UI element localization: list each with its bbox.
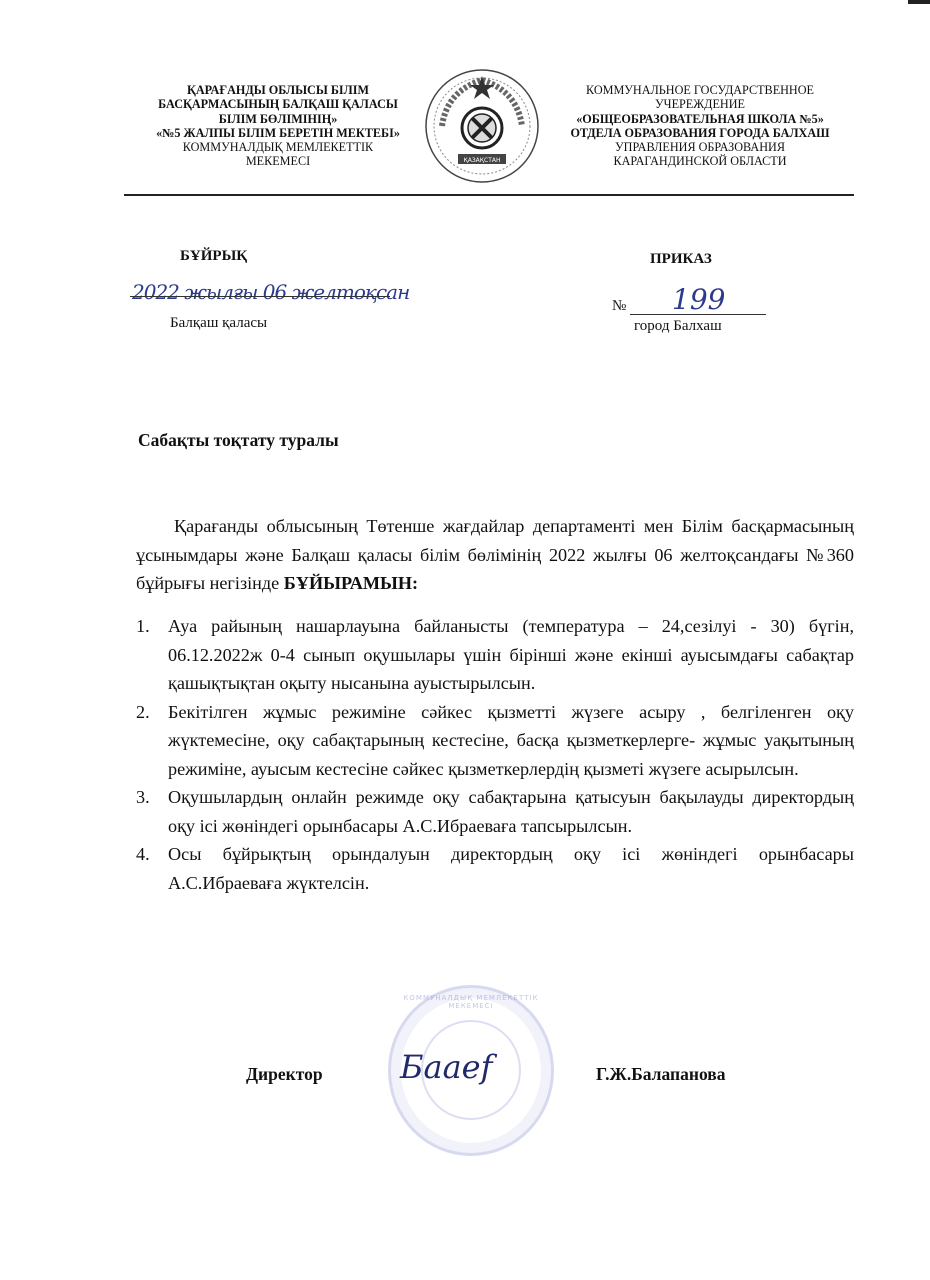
item-text: Оқушылардың онлайн режимде оқу сабақтары… (168, 787, 854, 836)
signature-block: КОММУНАЛДЫҚ МЕМЛЕКЕТТІК МЕКЕМЕСІ Директо… (0, 1000, 930, 1150)
header-left-line: БАСҚАРМАСЫНЫҢ БАЛҚАШ ҚАЛАСЫ (128, 97, 428, 111)
director-name: Г.Ж.Балапанова (596, 1064, 725, 1085)
order-item: 4.Осы бұйрықтың орындалуын директордың о… (136, 840, 854, 897)
item-text: Бекітілген жұмыс режиміне сәйкес қызметт… (168, 702, 854, 779)
header-left-line: КОММУНАЛДЫҚ МЕМЛЕКЕТТІК (128, 140, 428, 154)
intro-paragraph: Қарағанды облысының Төтенше жағдайлар де… (136, 512, 854, 598)
item-number: 2. (136, 698, 150, 727)
date-underline (130, 296, 390, 297)
header-right-line: КОММУНАЛЬНОЕ ГОСУДАРСТВЕННОЕ (545, 83, 855, 97)
header-left-line: ҚАРАҒАНДЫ ОБЛЫСЫ БІЛІМ (128, 83, 428, 97)
header-right-line: ОТДЕЛА ОБРАЗОВАНИЯ ГОРОДА БАЛХАШ (545, 126, 855, 140)
city-kz: Балқаш қаласы (170, 315, 267, 332)
intro-command: БҰЙЫРАМЫН: (284, 573, 418, 593)
emblem-label: ҚАЗАҚСТАН (463, 157, 500, 164)
handwritten-order-number: 199 (672, 283, 725, 316)
header-left-line: «№5 ЖАЛПЫ БІЛІМ БЕРЕТІН МЕКТЕБІ» (128, 126, 428, 140)
order-item: 3.Оқушылардың онлайн режимде оқу сабақта… (136, 783, 854, 840)
order-subject: Сабақты тоқтату туралы (138, 430, 339, 451)
header-left-line: МЕКЕМЕСІ (128, 154, 428, 168)
handwritten-date: 2022 жылғы 06 желтоқсан (132, 280, 409, 304)
header-right-line: «ОБЩЕОБРАЗОВАТЕЛЬНАЯ ШКОЛА №5» (545, 112, 855, 126)
item-number: 4. (136, 840, 150, 869)
item-number: 3. (136, 783, 150, 812)
intro-text: Қарағанды облысының Төтенше жағдайлар де… (136, 516, 854, 593)
order-item: 2.Бекітілген жұмыс режиміне сәйкес қызме… (136, 698, 854, 784)
header-right-line: УЧЕРЕЖДЕНИЕ (545, 97, 855, 111)
item-text: Осы бұйрықтың орындалуын директордың оқу… (168, 844, 854, 893)
item-number: 1. (136, 612, 150, 641)
director-position: Директор (246, 1064, 323, 1085)
order-items: 1.Ауа райының нашарлауына байланысты (те… (136, 612, 854, 897)
header-right-line: УПРАВЛЕНИЯ ОБРАЗОВАНИЯ (545, 140, 855, 154)
header-divider (124, 194, 854, 196)
header-kazakh-institution: ҚАРАҒАНДЫ ОБЛЫСЫ БІЛІМ БАСҚАРМАСЫНЫҢ БАЛ… (128, 83, 428, 169)
order-number-sign: № (612, 298, 626, 315)
stamp-text: КОММУНАЛДЫҚ МЕМЛЕКЕТТІК МЕКЕМЕСІ (391, 994, 551, 1010)
scan-corner-mark (908, 0, 930, 4)
header-right-line: КАРАГАНДИНСКОЙ ОБЛАСТИ (545, 154, 855, 168)
number-underline (630, 314, 766, 315)
item-text: Ауа райының нашарлауына байланысты (темп… (168, 616, 854, 693)
order-item: 1.Ауа райының нашарлауына байланысты (те… (136, 612, 854, 698)
order-title-kz: БҰЙРЫҚ (180, 248, 247, 265)
director-signature: Бaaef (400, 1048, 492, 1086)
header-left-line: БІЛІМ БӨЛІМІНІҢ» (128, 112, 428, 126)
order-title-ru: ПРИКАЗ (650, 251, 712, 268)
state-emblem-icon: ҚАЗАҚСТАН (422, 66, 542, 186)
header-russian-institution: КОММУНАЛЬНОЕ ГОСУДАРСТВЕННОЕ УЧЕРЕЖДЕНИЕ… (545, 83, 855, 169)
city-ru: город Балхаш (634, 318, 722, 335)
